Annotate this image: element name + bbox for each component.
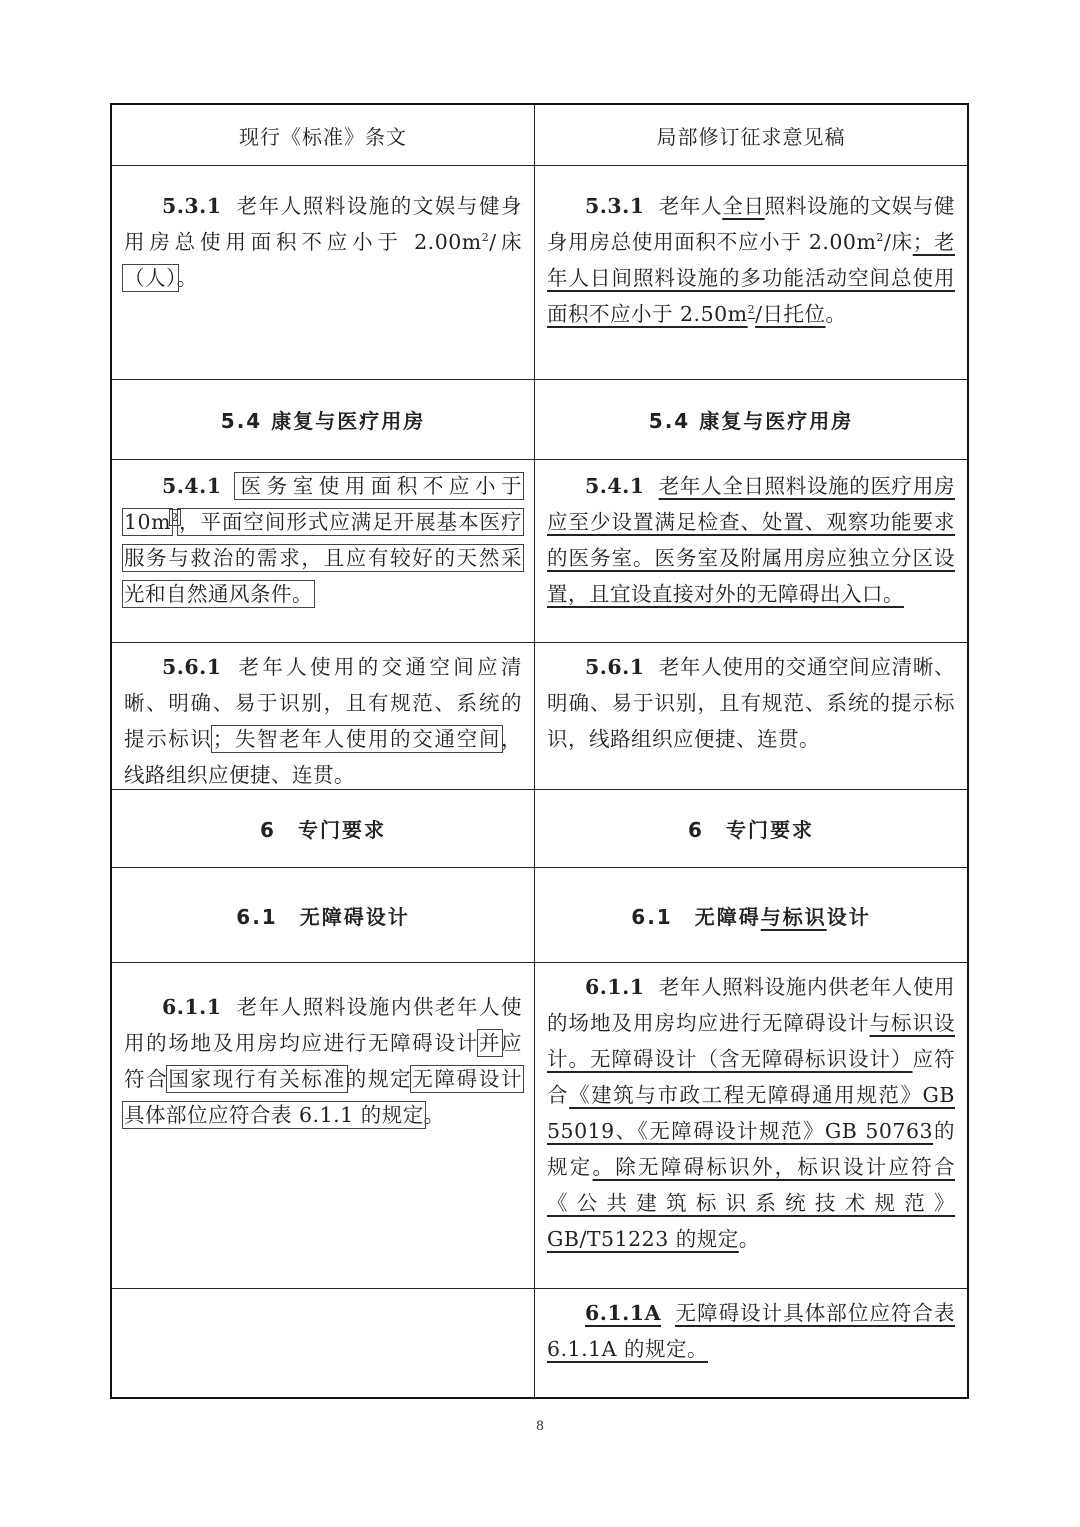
table-row-section-5-4: 5.4 康复与医疗用房 5.4 康复与医疗用房 — [112, 380, 967, 460]
empty-current-cell — [112, 1289, 535, 1397]
clause-number: 5.4.1 — [585, 474, 645, 498]
text-segment-boxed: ；失智老年人使用的交通空间 — [213, 727, 501, 751]
clause-number: 5.3.1 — [585, 194, 645, 218]
text-segment-boxed: （人） — [124, 266, 177, 290]
table-row-chapter-6: 6 专门要求 6 专门要求 — [112, 790, 967, 868]
table-row-5-6-1: 5.6.1老年人使用的交通空间应清晰、明确、易于识别，且有规范、系统的提示标识；… — [112, 643, 967, 790]
text-segment-plain: /床 — [489, 230, 522, 254]
table-row-6-1-1A: 6.1.1A无障碍设计具体部位应符合表 6.1.1A 的规定。 — [112, 1289, 967, 1397]
text-segment-plain: 。 — [739, 1227, 760, 1251]
chapter-heading-revision: 6 专门要求 — [535, 790, 967, 867]
current-clause-cell: 5.6.1老年人使用的交通空间应清晰、明确、易于识别，且有规范、系统的提示标识；… — [112, 643, 535, 789]
table-row-5-4-1: 5.4.1医务室使用面积不应小于 10m2，平面空间形式应满足开展基本医疗服务与… — [112, 460, 967, 643]
current-clause-cell: 6.1.1老年人照料设施内供老年人使用的场地及用房均应进行无障碍设计并应符合国家… — [112, 963, 535, 1288]
text-segment-plain: 6.1 无障碍 — [631, 901, 760, 930]
section-heading-revision: 6.1 无障碍与标识设计 — [535, 868, 967, 962]
text-segment-plain: /床 — [884, 230, 913, 254]
table-header-row: 现行《标准》条文 局部修订征求意见稿 — [112, 105, 967, 166]
text-segment-sup-boxed: 2 — [171, 511, 179, 524]
text-segment-plain: 。 — [177, 266, 198, 290]
section-heading-current: 5.4 康复与医疗用房 — [112, 380, 535, 459]
comparison-table: 现行《标准》条文 局部修订征求意见稿 5.3.1老年人照料设施的文娱与健身用房总… — [110, 103, 969, 1399]
revision-clause-cell: 5.4.1老年人全日照料设施的医疗用房应至少设置满足检查、处置、观察功能要求的医… — [535, 460, 967, 642]
clause-number: 5.3.1 — [162, 194, 222, 218]
text-segment-plain: 。 — [424, 1103, 445, 1127]
clause-number: 5.4.1 — [162, 474, 222, 498]
text-segment-plain: 设计 — [827, 901, 871, 930]
text-segment-plain: 老年人 — [659, 194, 723, 218]
clause-number: 6.1.1 — [162, 995, 222, 1019]
table-row-section-6-1: 6.1 无障碍设计 6.1 无障碍与标识设计 — [112, 868, 967, 963]
text-segment-sup-underline: 2 — [748, 303, 756, 316]
revision-clause-cell: 6.1.1A无障碍设计具体部位应符合表 6.1.1A 的规定。 — [535, 1289, 967, 1397]
clause-number: 5.6.1 — [162, 655, 222, 679]
section-heading-revision: 5.4 康复与医疗用房 — [535, 380, 967, 459]
text-segment-boxed: 国家现行有关标准 — [168, 1067, 345, 1091]
clause-number: 6.1.1 — [585, 975, 645, 999]
revision-clause-cell: 6.1.1老年人照料设施内供老年人使用的场地及用房均应进行无障碍设计与标识设计。… — [535, 963, 967, 1288]
clause-number: 5.6.1 — [585, 655, 645, 679]
table-row-6-1-1: 6.1.1老年人照料设施内供老年人使用的场地及用房均应进行无障碍设计并应符合国家… — [112, 963, 967, 1289]
text-segment-underline: 与标识 — [761, 901, 827, 930]
page-number: 8 — [0, 1418, 1080, 1435]
text-segment-underline: 全日 — [722, 194, 764, 218]
clause-number: 6.1.1A — [585, 1301, 661, 1325]
text-segment-sup: 2 — [876, 231, 884, 244]
text-segment-plain: 6.1 无障碍设计 — [236, 901, 409, 930]
chapter-heading-current: 6 专门要求 — [112, 790, 535, 867]
current-clause-cell: 5.4.1医务室使用面积不应小于 10m2，平面空间形式应满足开展基本医疗服务与… — [112, 460, 535, 642]
text-segment-boxed: ，平面空间形式应满足开展基本医疗服务与救治的需求，且应有较好的天然采光和自然通风… — [124, 510, 522, 606]
revision-clause-cell: 5.3.1老年人全日照料设施的文娱与健身用房总使用面积不应小于 2.00m2/床… — [535, 166, 967, 379]
column-header-revision: 局部修订征求意见稿 — [535, 105, 967, 165]
column-header-current: 现行《标准》条文 — [112, 105, 535, 165]
text-segment-plain: 的规定 — [346, 1067, 413, 1091]
section-heading-current: 6.1 无障碍设计 — [112, 868, 535, 962]
text-segment-underline: 《建筑与市政工程无障碍通用规范》GB 55019、《无障碍设计规范》GB 507… — [547, 1083, 955, 1143]
text-segment-underline: /日托位 — [755, 302, 825, 326]
text-segment-boxed: 并 — [479, 1031, 501, 1055]
text-segment-plain: 。 — [826, 302, 847, 326]
table-row-5-3-1: 5.3.1老年人照料设施的文娱与健身用房总使用面积不应小于 2.00m2/床（人… — [112, 166, 967, 380]
revision-clause-cell: 5.6.1老年人使用的交通空间应清晰、明确、易于识别，且有规范、系统的提示标识，… — [535, 643, 967, 789]
current-clause-cell: 5.3.1老年人照料设施的文娱与健身用房总使用面积不应小于 2.00m2/床（人… — [112, 166, 535, 379]
